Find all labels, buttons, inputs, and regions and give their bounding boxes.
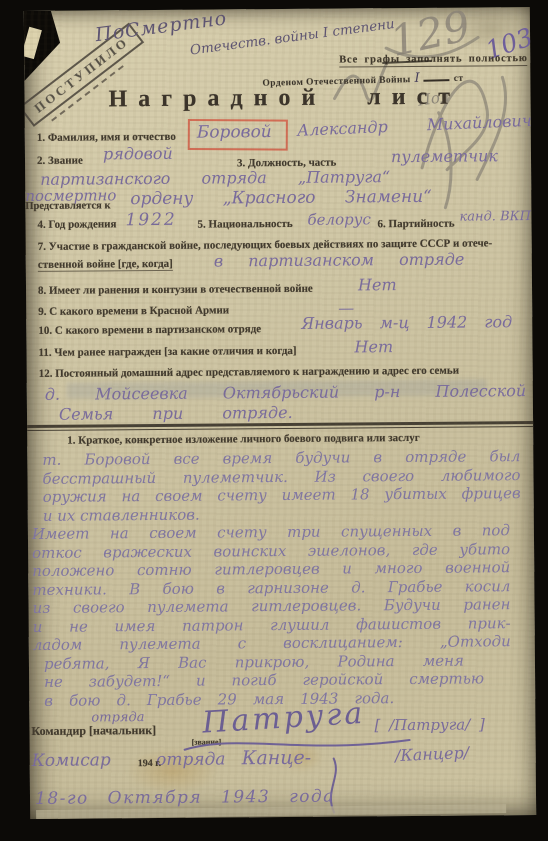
fill-instruction: Все графы заполнять полностью <box>339 53 528 67</box>
field-label-war-participation-2: ственной войне [где, когда] <box>38 258 173 272</box>
commissar-signature: Канце- <box>242 747 312 770</box>
document-paper: ПОСТУПИЛО ПоСмертно Отечеств. войны I ст… <box>24 7 536 819</box>
citation-heading: 1. Краткое, конкретное изложение личного… <box>67 432 420 447</box>
presented-to-label: Представляется к <box>25 200 110 212</box>
citation-line: Имеет на своем счету три спущенных в под <box>32 521 510 543</box>
commander-name-confirmed: [ /Патруга/ ] <box>374 715 485 734</box>
wounds-value: Нет <box>358 275 397 294</box>
citation-line: оружия на своем счету имеет 18 убитых фр… <box>43 484 521 506</box>
prior-awards-value: Нет <box>354 337 393 356</box>
birthyear-value: 1922 <box>125 210 176 230</box>
position-value-1: пулеметчик <box>391 146 498 166</box>
field-label-rank: 2. Звание <box>37 155 83 167</box>
field-label-nationality: 5. Национальность <box>197 218 292 231</box>
commissar-line: Комисар отряда <box>32 749 226 771</box>
order-stamp-suffix: ст <box>454 74 464 84</box>
address-value-1: д. Мойсеевка Октябрьский р-н Полесской о… <box>45 381 536 404</box>
nationality-value: белорус <box>307 210 370 228</box>
presented-to-value: ордену „Красного Знамени“ <box>130 187 432 209</box>
address-value-2: Семья при отряде. <box>59 403 293 424</box>
field-label-birthyear: 4. Год рождения <box>37 218 116 231</box>
scanned-award-document: { "colors":{ "paper":"#cfc6a5","printed_… <box>0 0 548 841</box>
field-label-name: 1. Фамилия, имя и отчество <box>37 131 176 144</box>
year-print: 194 г. <box>138 758 162 769</box>
field-label-address: 12. Постоянный домашний адрес представля… <box>39 365 459 380</box>
page-title: Наградной лист <box>108 84 461 114</box>
surname-value: Боровой <box>197 122 272 143</box>
order-stamp-underline <box>424 79 450 82</box>
field-label-prior-awards: 11. Чем ранее награжден [за какие отличи… <box>38 345 296 359</box>
partisan-since-value: Январь м-ц 1942 год <box>301 312 512 333</box>
field-label-redarmy-since: 9. С какого времени в Красной Армии <box>38 304 229 317</box>
citation-line: т. Боровой все время будучи в отряде был <box>42 447 520 469</box>
document-date: 18-го Октября 1943 года <box>35 787 335 809</box>
party-value: канд. ВКП(б) <box>459 209 536 225</box>
field-label-wounds: 8. Имеет ли ранения и контузии в отечест… <box>38 283 313 297</box>
citation-line: ладом пулемета с восклицанием: „Отходи <box>33 632 511 654</box>
citation-line: положено сотню гитлеровцев и много военн… <box>32 558 510 580</box>
rank-value: рядовой <box>103 144 173 164</box>
field-label-party: 6. Партийность <box>377 218 454 231</box>
war-participation-value: в партизанском отряде <box>214 250 465 271</box>
citation-line: из своего пулемета гитлеровцев. Будучи р… <box>32 595 510 617</box>
commander-label: Командир [начальник] <box>31 723 156 739</box>
citation-line: не забудет!“ и погиб геройской смертью <box>44 669 484 690</box>
commissar-name-confirmed: /Канцер/ <box>395 743 470 765</box>
field-label-partisan-since: 10. С какого времени в партизанском отря… <box>38 323 261 337</box>
